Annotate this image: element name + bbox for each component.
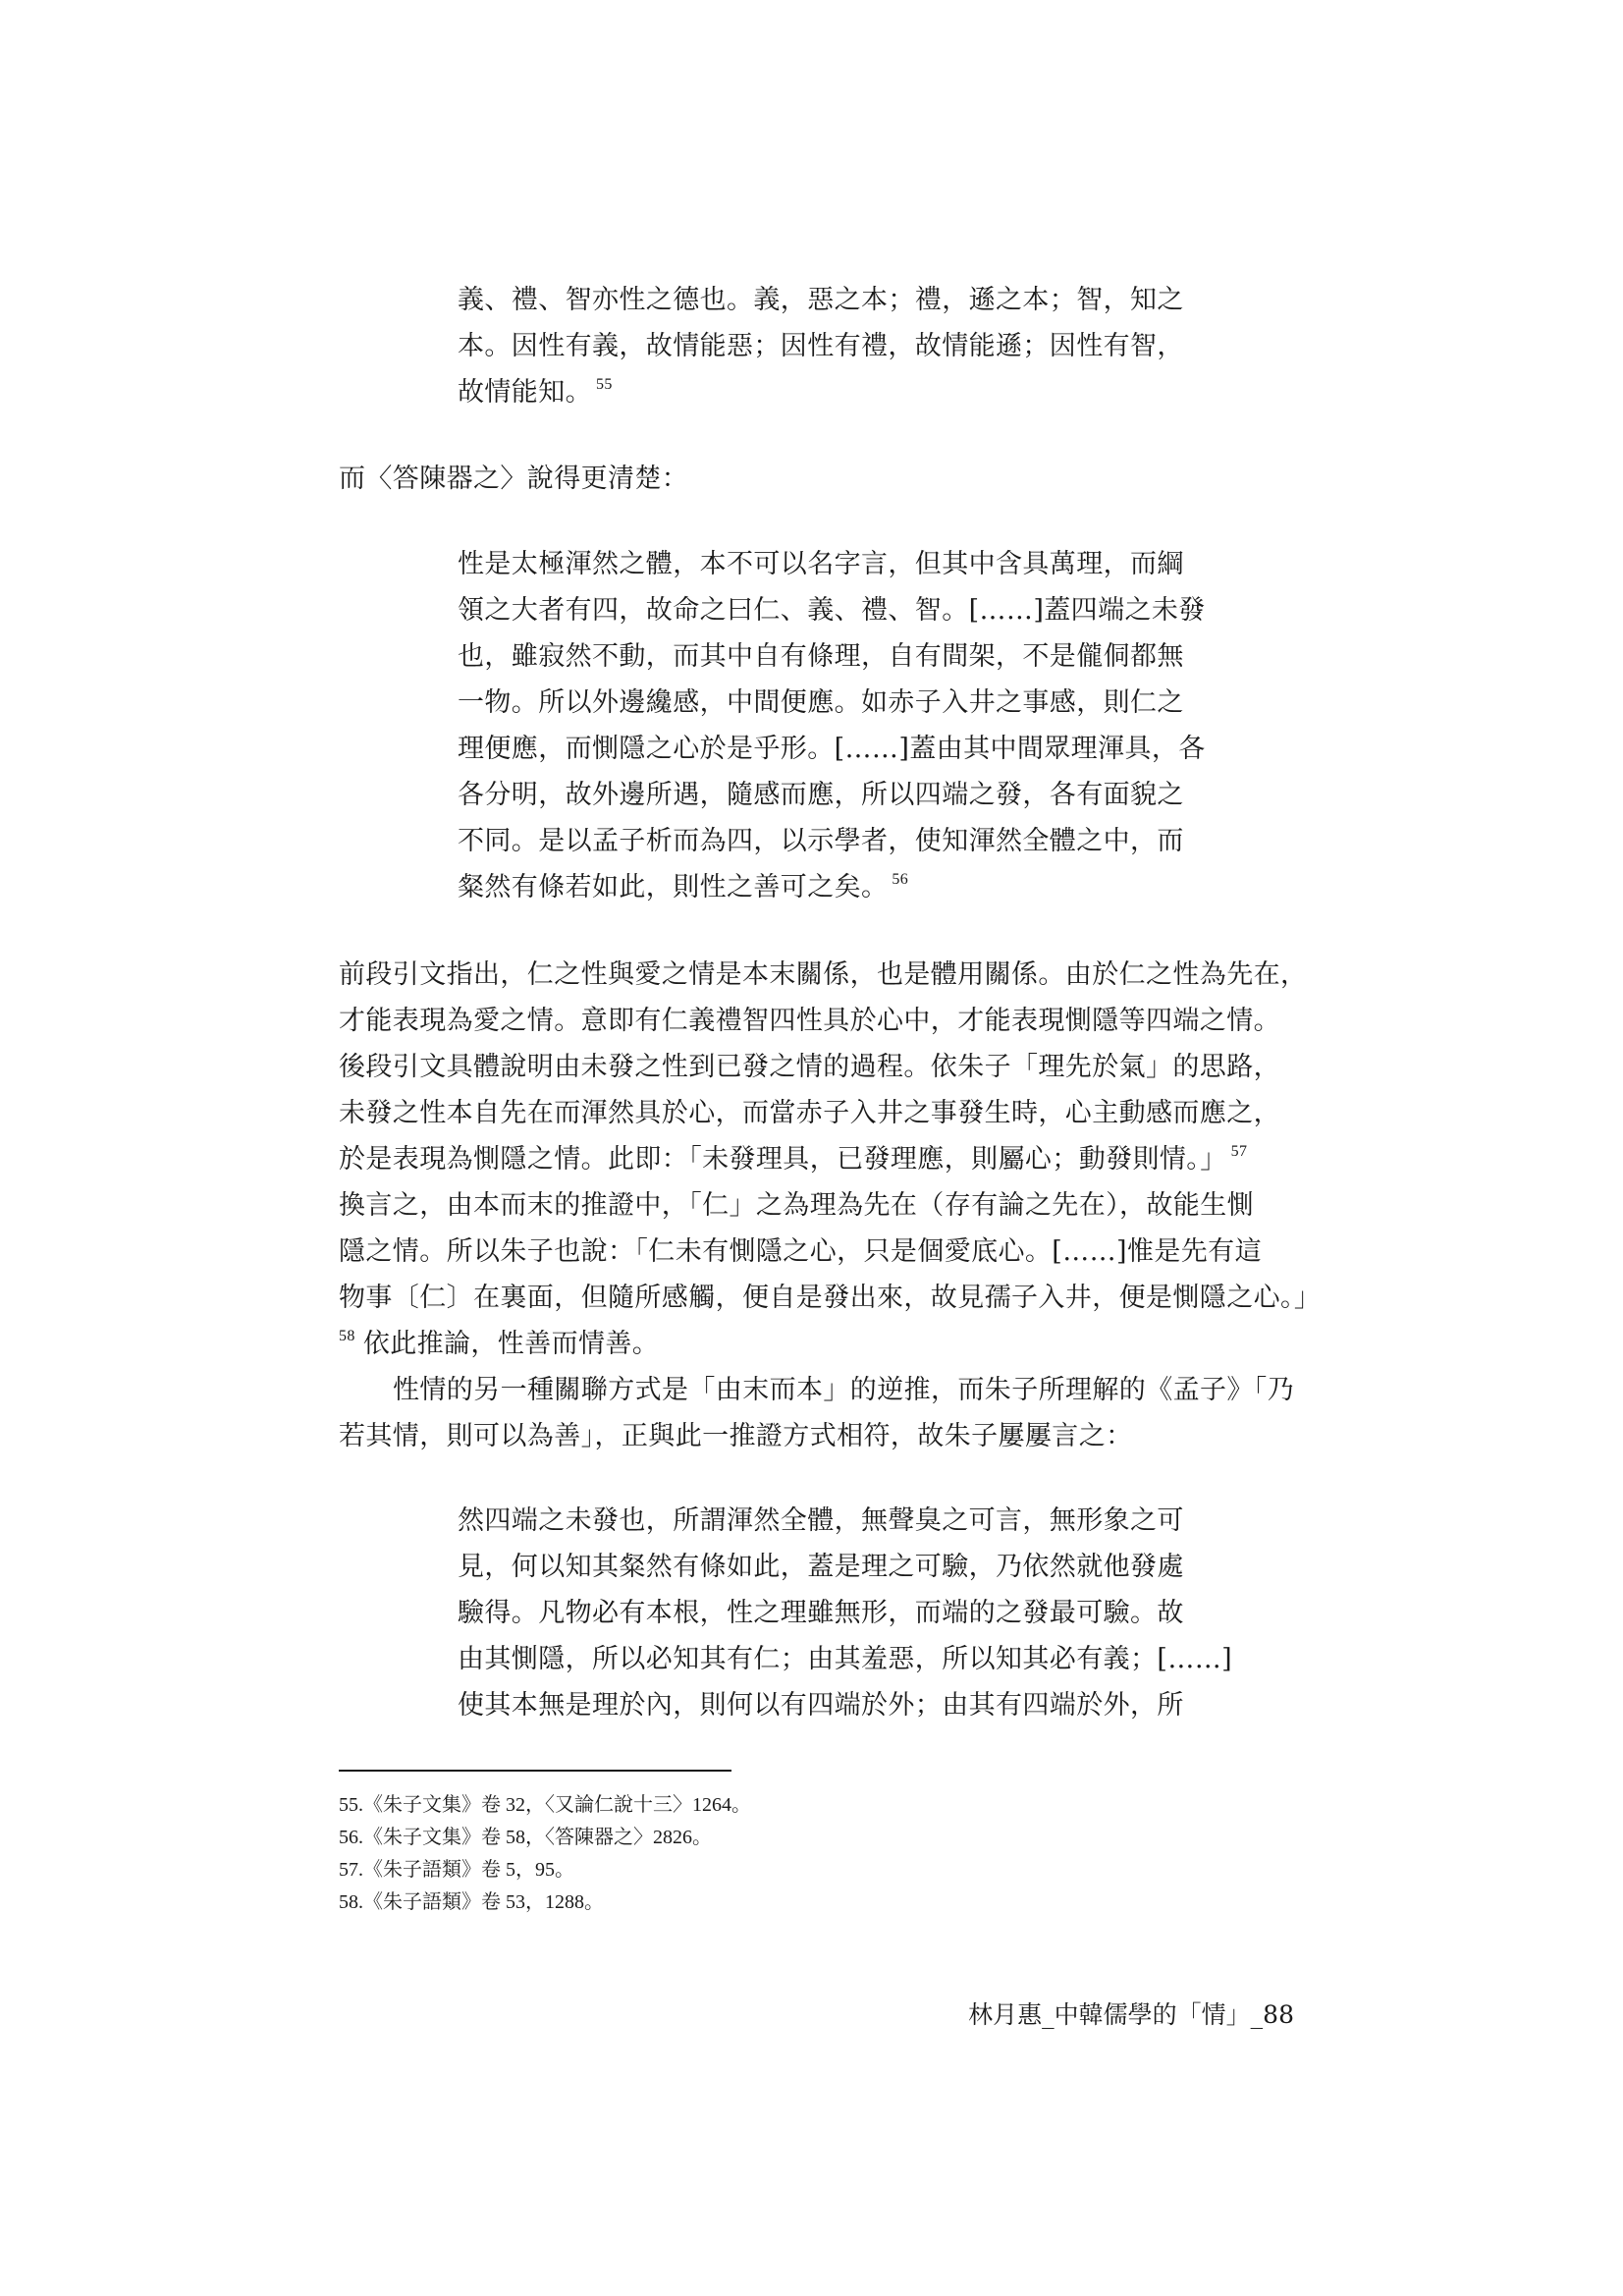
body-text: 依此推論，性善而情善。 <box>363 1329 659 1359</box>
quote-text: 粲然有條若如此，則性之善可之矣。 <box>458 872 888 902</box>
footnote-divider <box>339 1770 731 1772</box>
body-line: 前段引文指出，仁之性與愛之情是本末關係，也是體用關係。由於仁之性為先在， <box>339 959 1307 991</box>
quote-line: 故情能知。55 <box>458 377 613 409</box>
quote-line: 理便應，而惻隱之心於是乎形。[……]蓋由其中間眾理渾具，各 <box>458 734 1206 765</box>
quote-line: 見，何以知其粲然有條如此，蓋是理之可驗，乃依然就他發處 <box>458 1552 1184 1583</box>
body-line: 後段引文具體說明由未發之性到已發之情的過程。依朱子「理先於氣」的思路， <box>339 1052 1280 1083</box>
quote-line: 各分明，故外邊所遇，隨感而應，所以四端之發，各有面貌之 <box>458 780 1184 811</box>
footnote-ref-58[interactable]: 58 <box>339 1328 355 1344</box>
body-line: 才能表現為愛之情。意即有仁義禮智四性具於心中，才能表現惻隱等四端之情。 <box>339 1006 1280 1037</box>
body-line: 未發之性本自先在而渾然具於心，而當赤子入井之事發生時，心主動感而應之， <box>339 1098 1280 1129</box>
footnote-58: 58.《朱子語類》卷 53，1288。 <box>339 1889 604 1915</box>
body-line: 物事〔仁〕在裏面，但隨所感觸，便自是發出來，故見孺子入井，便是惻隱之心。」 <box>339 1283 1321 1314</box>
footnote-57: 57.《朱子語類》卷 5，95。 <box>339 1857 574 1883</box>
quote-line: 不同。是以孟子析而為四，以示學者，使知渾然全體之中，而 <box>458 826 1184 857</box>
body-line: 性情的另一種關聯方式是「由末而本」的逆推，而朱子所理解的《孟子》「乃 <box>393 1375 1294 1406</box>
quote-line: 性是太極渾然之體，本不可以名字言，但其中含具萬理，而綱 <box>458 549 1184 580</box>
quote-line: 也，雖寂然不動，而其中自有條理，自有間架，不是儱侗都無 <box>458 641 1184 673</box>
body-line: 換言之，由本而末的推證中，「仁」之為理為先在（存有論之先在），故能生惻 <box>339 1190 1254 1222</box>
quote-line: 驗得。凡物必有本根，性之理雖無形，而端的之發最可驗。故 <box>458 1598 1184 1629</box>
body-line: 58依此推論，性善而情善。 <box>339 1329 659 1360</box>
page-footer: 林月惠_中韓儒學的「情」_88 <box>968 1999 1294 2031</box>
quote-line: 由其惻隱，所以必知其有仁；由其羞惡，所以知其必有義；[……] <box>458 1644 1232 1675</box>
footnote-ref-57[interactable]: 57 <box>1231 1143 1248 1160</box>
intro-line: 而〈答陳器之〉說得更清楚： <box>339 464 688 495</box>
footnote-56: 56.《朱子文集》卷 58，〈答陳器之〉2826。 <box>339 1825 712 1850</box>
footnote-ref-55[interactable]: 55 <box>596 376 613 393</box>
quote-line: 粲然有條若如此，則性之善可之矣。56 <box>458 872 908 903</box>
footnote-55: 55.《朱子文集》卷 32，〈又論仁說十三〉1264。 <box>339 1792 751 1818</box>
document-page: 義、禮、智亦性之德也。義，惡之本；禮，遜之本；智，知之 本。因性有義，故情能惡；… <box>0 0 1623 2296</box>
quote-line: 然四端之未發也，所謂渾然全體，無聲臭之可言，無形象之可 <box>458 1505 1184 1537</box>
footnote-ref-56[interactable]: 56 <box>892 871 908 888</box>
quote-line: 義、禮、智亦性之德也。義，惡之本；禮，遜之本；智，知之 <box>458 285 1184 316</box>
quote-line: 使其本無是理於內，則何以有四端於外；由其有四端於外，所 <box>458 1690 1184 1722</box>
body-text: 於是表現為惻隱之情。此即：「未發理具，已發理應，則屬心；動發則情。」 <box>339 1144 1227 1175</box>
body-line: 隱之情。所以朱子也說：「仁未有惻隱之心，只是個愛底心。[……]惟是先有這 <box>339 1236 1262 1268</box>
body-line: 於是表現為惻隱之情。此即：「未發理具，已發理應，則屬心；動發則情。」57 <box>339 1144 1247 1175</box>
quote-line: 領之大者有四，故命之曰仁、義、禮、智。[……]蓋四端之未發 <box>458 595 1206 627</box>
quote-line: 一物。所以外邊纔感，中間便應。如赤子入井之事感，則仁之 <box>458 687 1184 719</box>
body-line: 若其情，則可以為善」，正與此一推證方式相符，故朱子屢屢言之： <box>339 1421 1133 1452</box>
quote-line: 本。因性有義，故情能惡；因性有禮，故情能遜；因性有智， <box>458 331 1184 362</box>
quote-text: 故情能知。 <box>458 377 592 408</box>
